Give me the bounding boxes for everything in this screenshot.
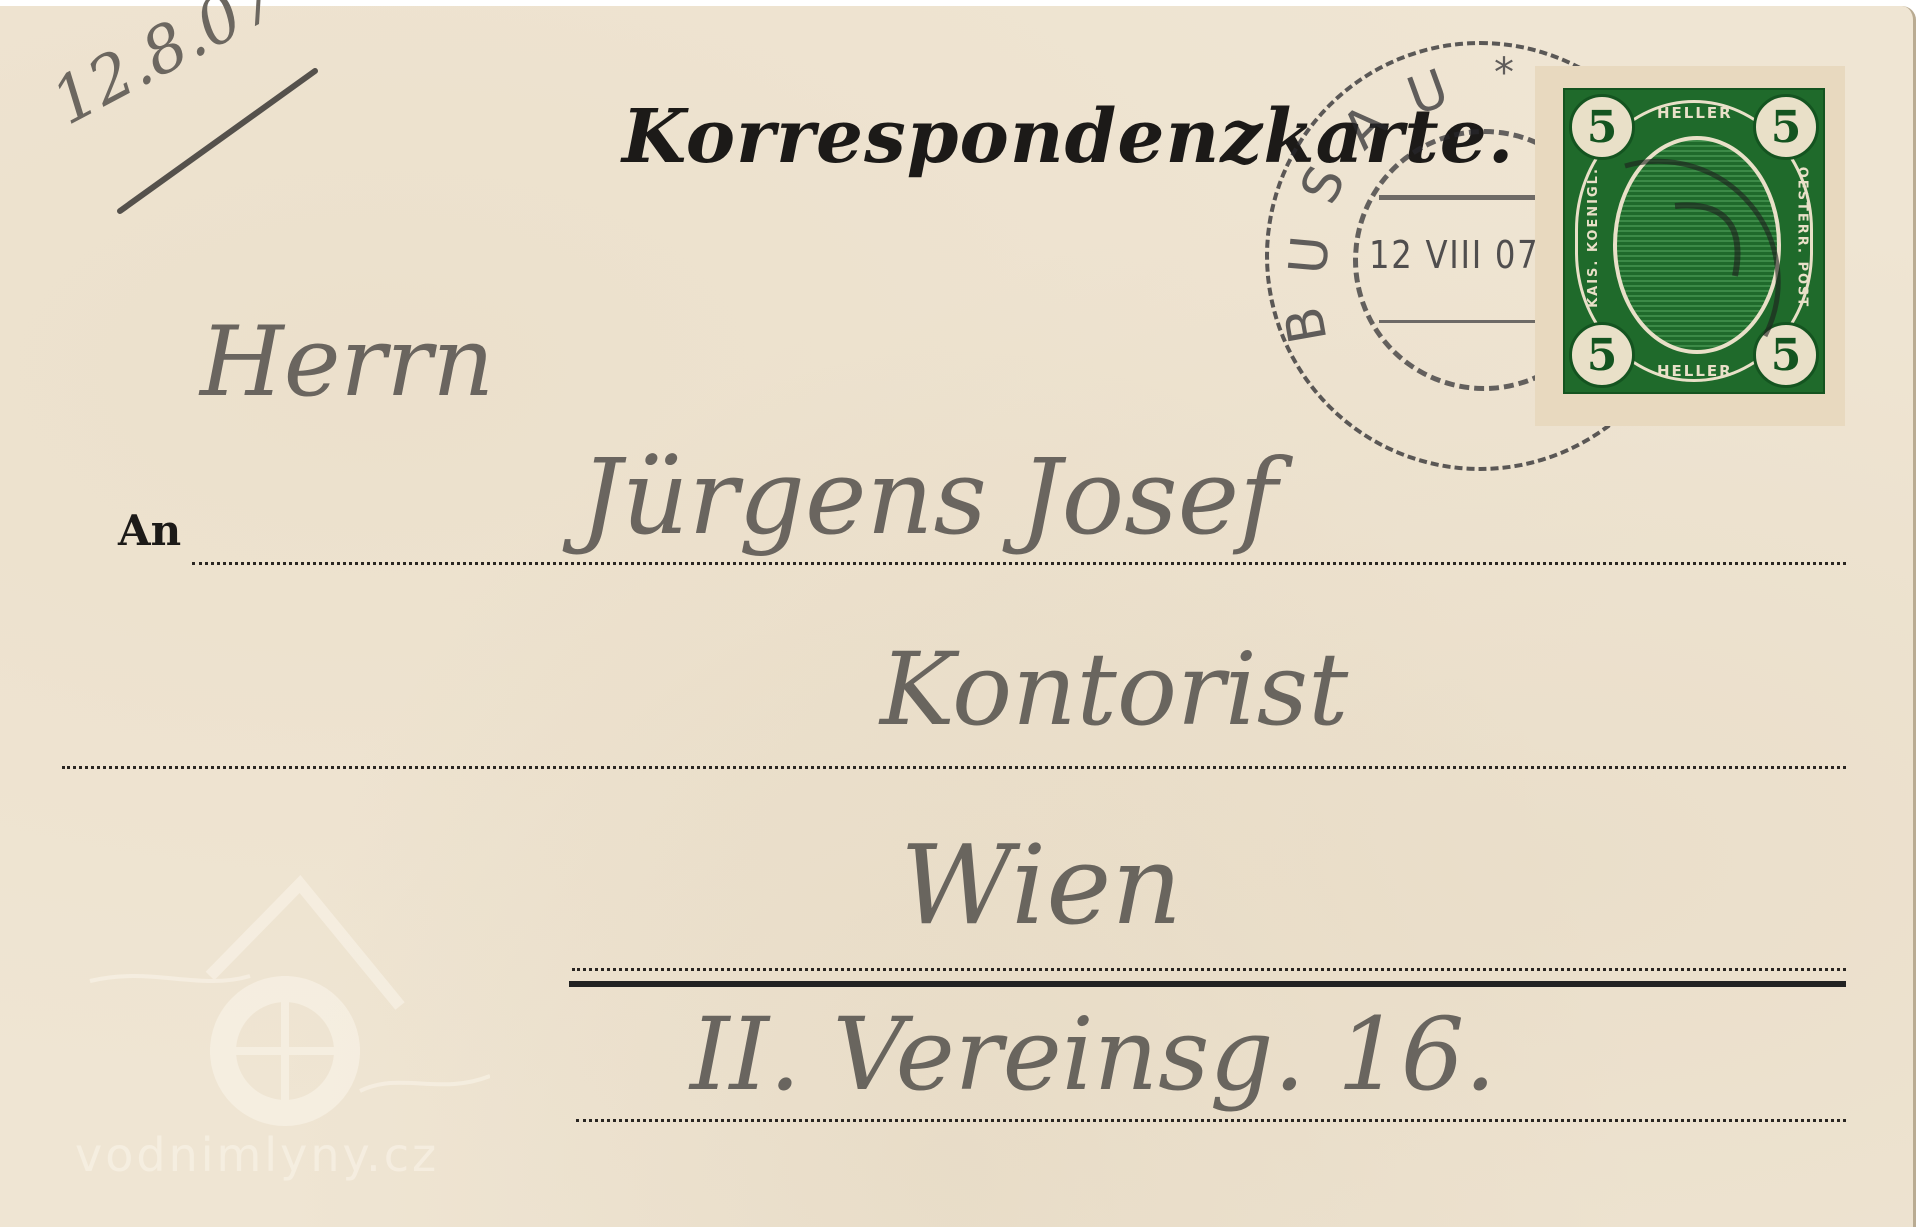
postmark-town-letter: A [1331, 93, 1399, 161]
postage-stamp: 5 5 5 5 HELLER HELLER KAIS. KOENIGL. OES… [1535, 66, 1845, 426]
postmark-town-letter: B [1274, 302, 1339, 348]
address-label: An [118, 506, 181, 555]
strike-through-mark-icon [110, 61, 330, 231]
address-line-4 [576, 1119, 1846, 1122]
stamp-left-text: KAIS. KOENIGL. [1586, 167, 1601, 308]
watermark-text: vodnimlyny.cz [75, 1128, 439, 1182]
postcard-back: 12.8.07 Korrespondenzkarte. 12 VIII 07 X… [0, 6, 1916, 1227]
postmark-bar-top [1379, 195, 1559, 200]
stamp-bottom-text: HELLER [1657, 362, 1733, 380]
address-line-1 [192, 562, 1846, 565]
postmark-cancel-overlay [1615, 106, 1815, 346]
city-underline [569, 981, 1846, 987]
watermark: vodnimlyny.cz [70, 866, 490, 1196]
address-occupation: Kontorist [880, 631, 1348, 748]
postmark-bar-bottom [1379, 320, 1559, 323]
address-city: Wien [900, 821, 1182, 949]
water-mill-wheel-icon [70, 866, 490, 1126]
postmark-town-letter: U [1278, 233, 1341, 276]
address-name: Jürgens Josef [580, 436, 1278, 558]
postmark-town-letter: U [1400, 58, 1456, 127]
address-line-3 [572, 968, 1846, 971]
address-salutation: Herrn [200, 306, 494, 418]
postmark-star-icon: * [1494, 50, 1514, 96]
address-line-2 [62, 766, 1846, 769]
postmark-town-letter: S [1289, 157, 1357, 212]
address-street: II. Vereinsg. 16. [690, 996, 1496, 1113]
